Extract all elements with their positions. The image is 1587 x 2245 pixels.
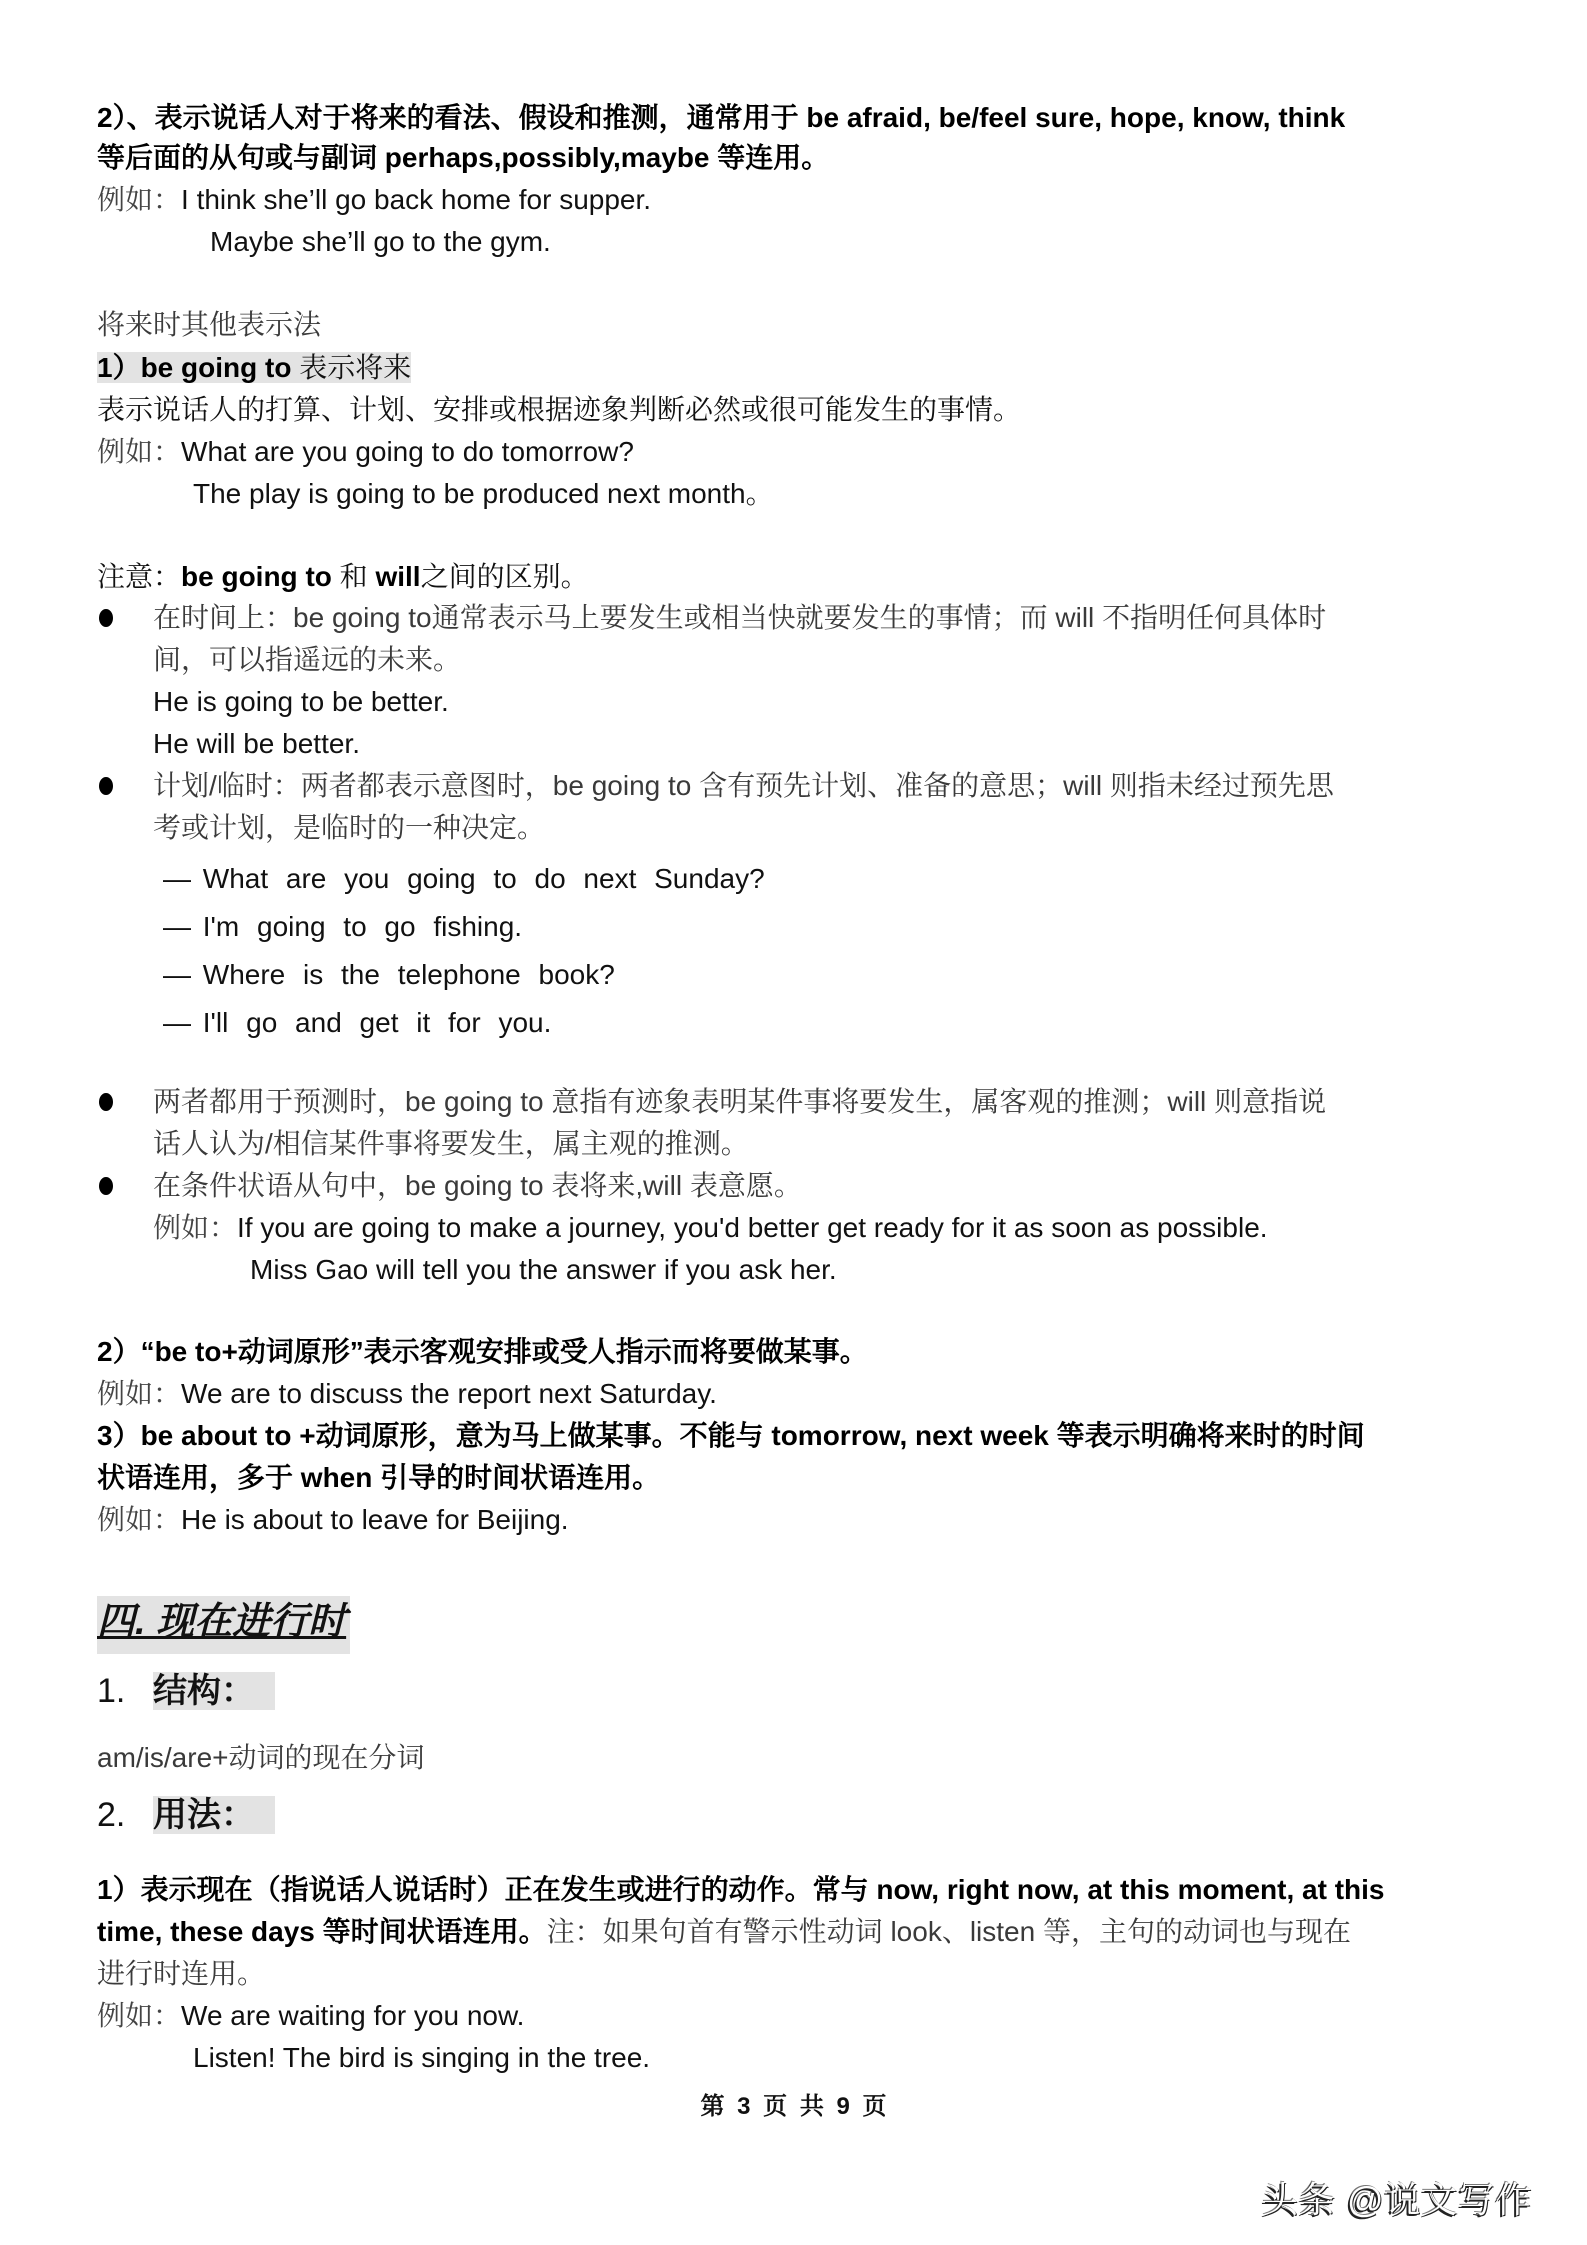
dialogue-text: I'll go and get it for you.	[203, 1007, 552, 1038]
bullet1-line1: 在时间上：be going to通常表示马上要发生或相当快就要发生的事情；而 w…	[153, 598, 1326, 638]
dialogue-line: — I'll go and get it for you.	[163, 1003, 551, 1043]
structure-heading: 1.结构：	[97, 1666, 275, 1716]
dialogue-line: — I'm going to go fishing.	[163, 907, 522, 947]
be-about-to-line2: 状语连用，多于 when 引导的时间状语连用。	[97, 1458, 660, 1498]
text: 含有预先计划、准备的意思；	[699, 770, 1063, 801]
progressive-example1: 例如：We are waiting for you now.	[97, 1996, 524, 2036]
document-page: 2）、表示说话人对于将来的看法、假设和推测，通常用于 be afraid, be…	[0, 0, 1587, 2245]
watermark: 头条 @说文写作	[1262, 2172, 1533, 2223]
bullet-icon	[99, 777, 113, 795]
example-sentence: He is about to leave for Beijing.	[181, 1504, 569, 1535]
note-line: 注意：be going to 和 will之间的区别。	[97, 557, 589, 597]
dash-icon: —	[163, 859, 185, 899]
section-title-present-progressive: 四. 现在进行时	[97, 1596, 350, 1654]
text: will	[1055, 602, 1094, 633]
be-going-to-example1: 例如：What are you going to do tomorrow?	[97, 432, 634, 472]
dialogue-text: What are you going to do next Sunday?	[203, 863, 765, 894]
note-rest: 之间的区别。	[421, 561, 589, 592]
future-point2-example2: Maybe she’ll go to the gym.	[210, 222, 551, 262]
example-label: 例如：	[97, 2000, 181, 2031]
heading-bold: 1）be going to	[97, 352, 291, 383]
text: 等表示明确将来时的时间	[1049, 1420, 1365, 1451]
text: 不指明任何具体时	[1102, 602, 1326, 633]
future-point2-cont-pre: 等后面的从句或与副词	[97, 142, 377, 173]
text: be going to	[405, 1170, 544, 1201]
text: when	[301, 1462, 373, 1493]
text: 引导的时间状语连用。	[380, 1462, 660, 1493]
progressive-point1-line3: 进行时连用。	[97, 1954, 265, 1994]
future-point2-keywords: be afraid, be/feel sure, hope, know, thi…	[806, 102, 1345, 133]
page-number: 第 3 页 共 9 页	[0, 2086, 1587, 2121]
be-about-to-line1: 3）be about to +动词原形，意为马上做某事。不能与 tomorrow…	[97, 1416, 1365, 1456]
bullet2-line2: 考或计划，是临时的一种决定。	[153, 808, 545, 848]
future-point2-line1: 2）、表示说话人对于将来的看法、假设和推测，通常用于 be afraid, be…	[97, 98, 1345, 138]
example-sentence: We are waiting for you now.	[181, 2000, 524, 2031]
text: 1）表示现在（指说话人说话时）正在发生或进行的动作。常与	[97, 1874, 869, 1905]
text: 两者都用于预测时，	[153, 1086, 405, 1117]
be-to-heading: 2）“be to+动词原形”表示客观安排或受人指示而将要做某事。	[97, 1332, 868, 1372]
be-going-to-desc: 表示说话人的打算、计划、安排或根据迹象判断必然或很可能发生的事情。	[97, 390, 1021, 430]
heading-number: 2.	[97, 1790, 153, 1840]
text: now, right now, at this moment, at this	[876, 1874, 1384, 1905]
example-sentence: We are to discuss the report next Saturd…	[181, 1378, 717, 1409]
text: 意指有迹象表明某件事将要发生，属客观的推测；	[551, 1086, 1167, 1117]
note-bold1: be going to	[181, 561, 332, 592]
note-bold2: will	[375, 561, 420, 592]
text: 注：如果句首有警示性动词 look、listen 等，主句的动词也与现在	[547, 1916, 1351, 1947]
future-point2-cont-post: 等连用。	[717, 142, 829, 173]
note-label: 注意：	[97, 561, 181, 592]
bullet3-line1: 两者都用于预测时，be going to 意指有迹象表明某件事将要发生，属客观的…	[153, 1082, 1326, 1122]
dialogue-text: Where is the telephone book?	[203, 959, 615, 990]
be-going-to-heading: 1）be going to 表示将来	[97, 348, 411, 388]
bullet4-example1: 例如：If you are going to make a journey, y…	[153, 1208, 1268, 1248]
be-going-to-heading-highlight: 1）be going to 表示将来	[97, 352, 411, 383]
text: 通常表示马上要发生或相当快就要发生的事情；而	[432, 602, 1048, 633]
dialogue-text: I'm going to go fishing.	[203, 911, 522, 942]
example-label: 例如：	[97, 436, 181, 467]
example-sentence: I think she’ll go back home for supper.	[181, 184, 651, 215]
be-about-to-example: 例如：He is about to leave for Beijing.	[97, 1500, 569, 1540]
text: will	[1063, 770, 1102, 801]
example-label: 例如：	[153, 1212, 237, 1243]
heading-label: 结构：	[153, 1672, 275, 1710]
progressive-example2: Listen! The bird is singing in the tree.	[193, 2038, 650, 2078]
text: 表将来,	[551, 1170, 643, 1201]
usage-heading: 2.用法：	[97, 1790, 275, 1840]
example-label: 例如：	[97, 1504, 181, 1535]
dash-icon: —	[163, 955, 185, 995]
text: be going to	[553, 770, 692, 801]
example-sentence: Maybe she’ll go to the gym.	[210, 226, 551, 257]
bullet1-line2: 间，可以指遥远的未来。	[153, 640, 461, 680]
structure-formula: am/is/are+动词的现在分词	[97, 1738, 425, 1778]
text: be going to	[405, 1086, 544, 1117]
example-sentence: If you are going to make a journey, you'…	[237, 1212, 1268, 1243]
progressive-point1-line2: time, these days 等时间状语连用。注：如果句首有警示性动词 lo…	[97, 1912, 1351, 1952]
future-point2-label: 2）、表示说话人对于将来的看法、假设和推测，通常用于	[97, 102, 799, 133]
bullet3-line2: 话人认为/相信某件事将要发生，属主观的推测。	[153, 1124, 749, 1164]
text: 则指未经过预先思	[1110, 770, 1334, 801]
text: 表意愿。	[690, 1170, 802, 1201]
bullet1-example1: He is going to be better.	[153, 682, 449, 722]
note-mid: 和	[332, 561, 376, 592]
text: tomorrow, next week	[771, 1420, 1048, 1451]
bullet4-example2: Miss Gao will tell you the answer if you…	[250, 1250, 837, 1290]
be-to-example: 例如：We are to discuss the report next Sat…	[97, 1374, 717, 1414]
text: 在条件状语从句中，	[153, 1170, 405, 1201]
text: 等时间状语连用。	[323, 1916, 547, 1947]
bullet-icon	[99, 609, 113, 627]
example-label: 例如：	[97, 1378, 181, 1409]
future-point2-adverbs: perhaps,possibly,maybe	[385, 142, 710, 173]
text: 在时间上：	[153, 602, 293, 633]
text: 状语连用，多于	[97, 1462, 293, 1493]
future-point2-example1: 例如：I think she’ll go back home for suppe…	[97, 180, 651, 220]
example-label: 例如：	[97, 184, 181, 215]
text: will	[643, 1170, 682, 1201]
dialogue-line: — What are you going to do next Sunday?	[163, 859, 765, 899]
future-point2-line2: 等后面的从句或与副词 perhaps,possibly,maybe 等连用。	[97, 138, 829, 178]
heading-label: 用法：	[153, 1796, 275, 1834]
bullet-icon	[99, 1093, 113, 1111]
example-sentence: What are you going to do tomorrow?	[181, 436, 634, 467]
be-going-to-example2: The play is going to be produced next mo…	[193, 474, 774, 514]
dash-icon: —	[163, 907, 185, 947]
bullet2-line1: 计划/临时：两者都表示意图时，be going to 含有预先计划、准备的意思；…	[153, 766, 1334, 806]
text: be going to	[293, 602, 432, 633]
bullet1-example2: He will be better.	[153, 724, 360, 764]
dash-icon: —	[163, 1003, 185, 1043]
dialogue-line: — Where is the telephone book?	[163, 955, 615, 995]
bullet-icon	[99, 1177, 113, 1195]
heading-rest: 表示将来	[299, 352, 411, 383]
text: will	[1167, 1086, 1206, 1117]
text: 计划/临时：两者都表示意图时，	[153, 770, 553, 801]
progressive-point1-line1: 1）表示现在（指说话人说话时）正在发生或进行的动作。常与 now, right …	[97, 1870, 1385, 1910]
text: time, these days	[97, 1916, 315, 1947]
text: 则意指说	[1214, 1086, 1326, 1117]
bullet4-line1: 在条件状语从句中，be going to 表将来,will 表意愿。	[153, 1166, 802, 1206]
other-forms-title: 将来时其他表示法	[97, 305, 321, 345]
heading-number: 1.	[97, 1666, 153, 1716]
text: 3）be about to +	[97, 1420, 316, 1451]
text: 动词原形，意为马上做某事。不能与	[316, 1420, 764, 1451]
